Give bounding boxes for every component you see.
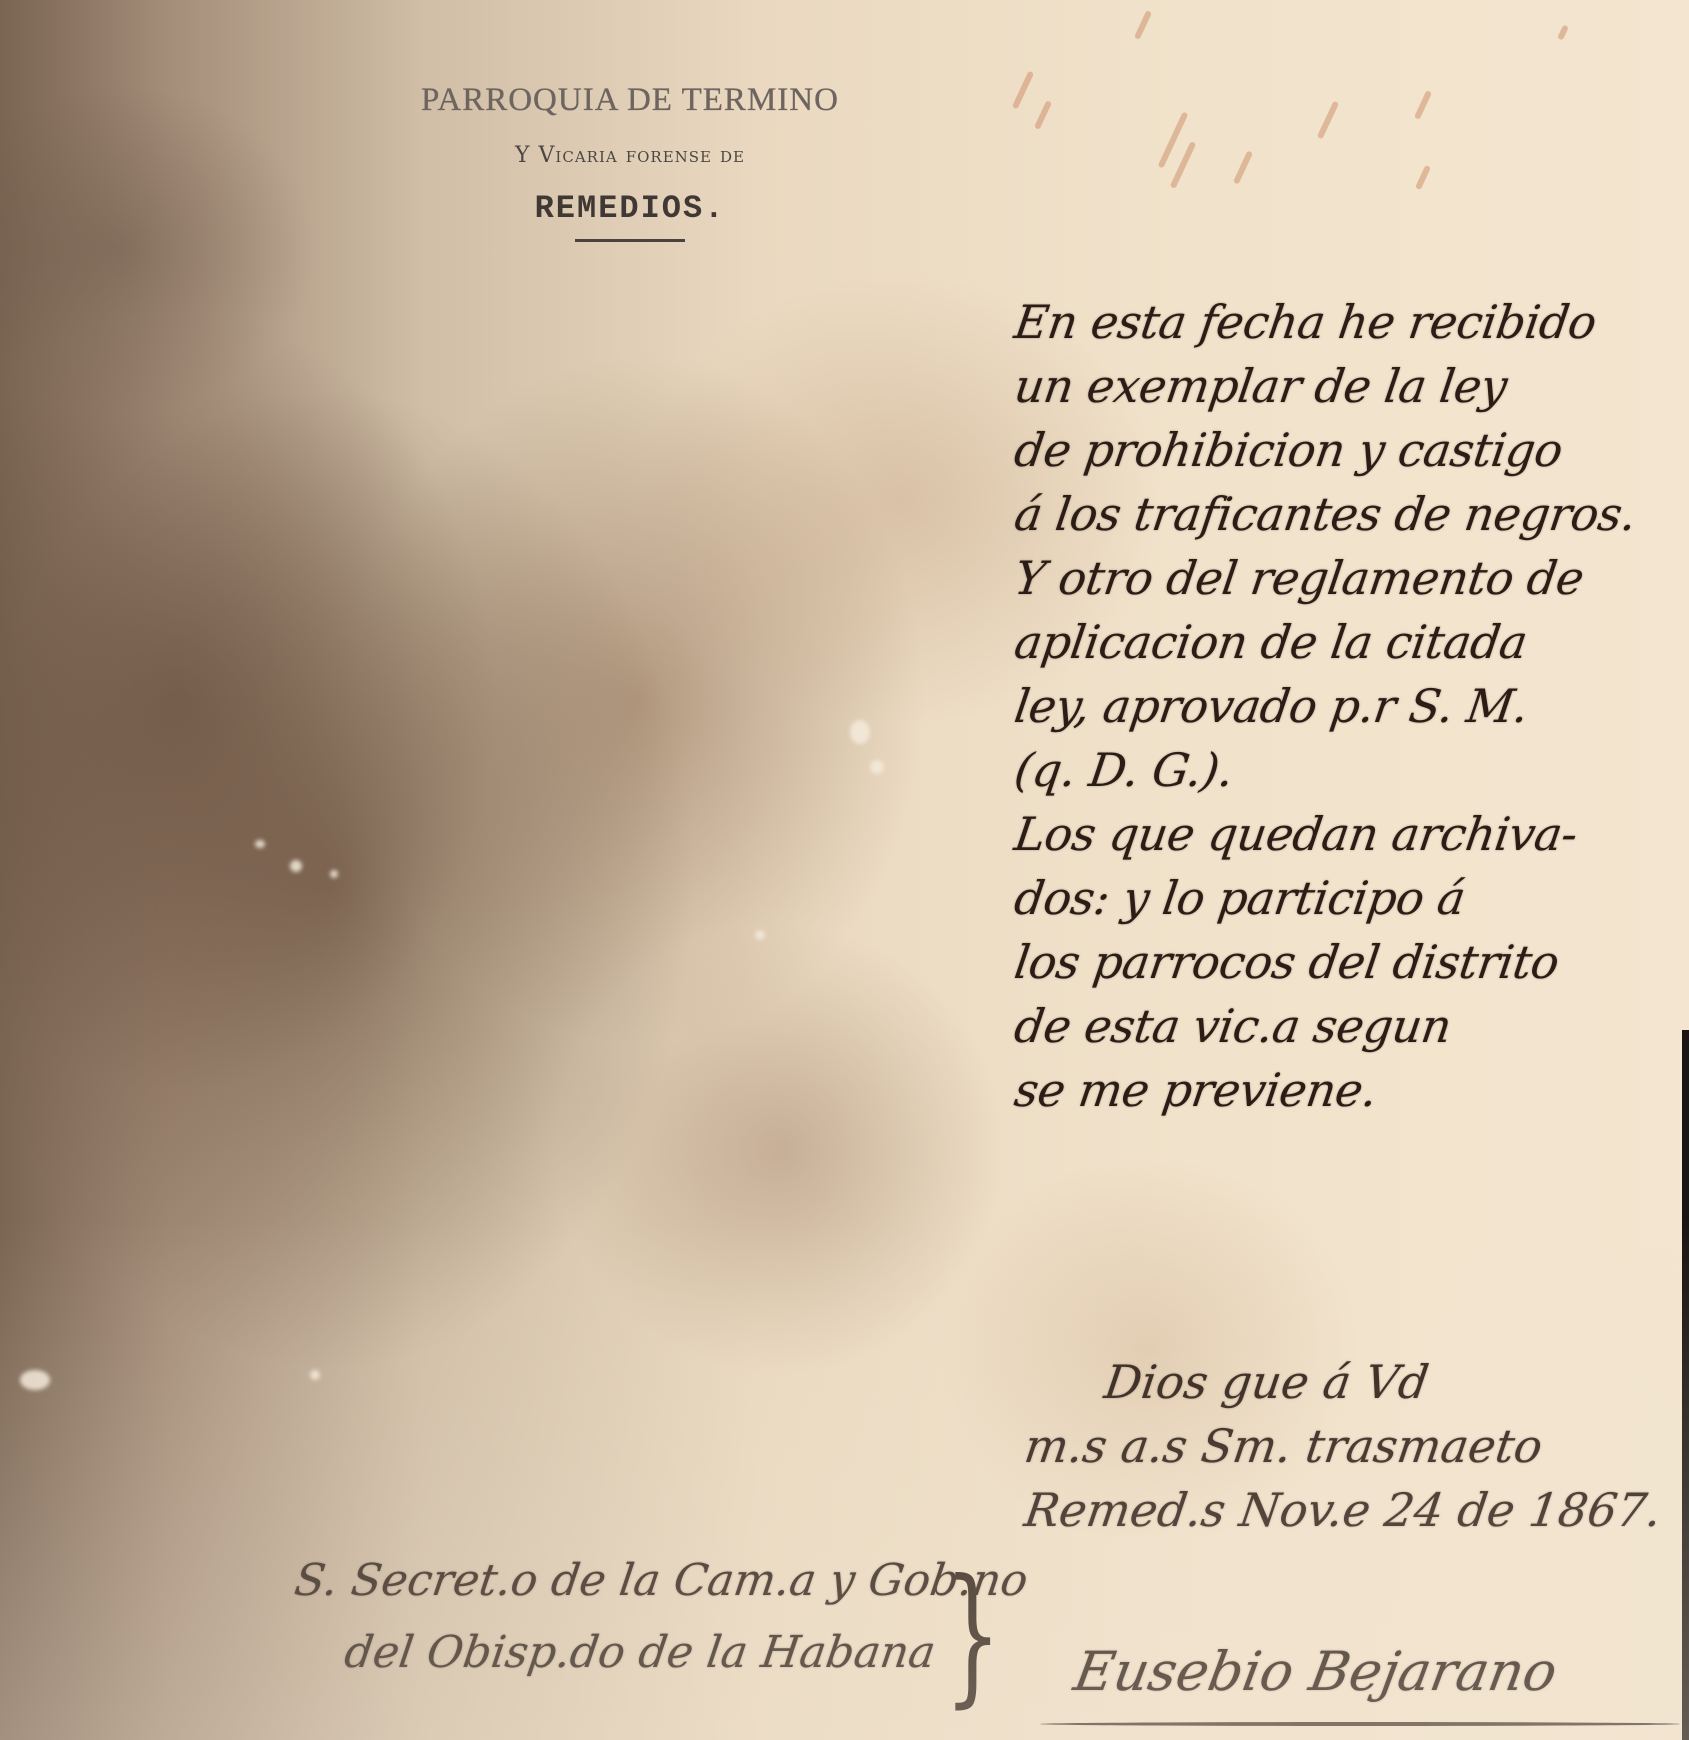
letter-body: En esta fecha he recibido un exemplar de… [1015, 290, 1680, 1122]
date-line: Remed.s Nov.e 24 de 1867. [1021, 1478, 1680, 1542]
body-line: de prohibicion y castigo [1011, 418, 1685, 482]
body-line: á los traficantes de negros. [1011, 482, 1685, 546]
body-line: Y otro del reglamento de [1011, 546, 1685, 610]
body-line: En esta fecha he recibido [1011, 290, 1685, 354]
addressee-line: S. Secret.o de la Cam.a y Gob.no [290, 1545, 1000, 1617]
brace-mark: } [944, 1560, 1001, 1710]
letterhead-parish: PARROQUIA DE TERMINO [380, 82, 880, 119]
body-line: aplicacion de la citada [1011, 610, 1685, 674]
body-line: Los que quedan archiva- [1011, 802, 1685, 866]
page-edge-shadow [1682, 1030, 1689, 1740]
signature-flourish [1040, 1722, 1680, 1726]
body-line: dos: y lo participo á [1011, 866, 1685, 930]
letterhead-rule [575, 239, 685, 242]
closing-line: Dios gue á Vd [1021, 1350, 1680, 1414]
body-line: los parrocos del distrito [1011, 930, 1685, 994]
manuscript-page: PARROQUIA DE TERMINO Y Vicaria forense d… [0, 0, 1689, 1740]
letterhead: PARROQUIA DE TERMINO Y Vicaria forense d… [380, 82, 880, 242]
letterhead-town: REMEDIOS. [380, 190, 880, 227]
closing-line: m.s a.s Sm. trasmaeto [1021, 1414, 1680, 1478]
addressee-line: del Obisp.do de la Habana [290, 1617, 1000, 1689]
bleed-through-marks [1000, 0, 1689, 260]
body-line: un exemplar de la ley [1011, 354, 1685, 418]
letter-closing: Dios gue á Vd m.s a.s Sm. trasmaeto Reme… [1025, 1350, 1675, 1542]
addressee-block: S. Secret.o de la Cam.a y Gob.no del Obi… [295, 1545, 995, 1689]
body-line: de esta vic.a segun [1011, 994, 1685, 1058]
body-line: se me previene. [1011, 1058, 1685, 1122]
signature: Eusebio Bejarano [1069, 1640, 1561, 1703]
body-line: (q. D. G.). [1011, 738, 1685, 802]
letterhead-vicariate: Y Vicaria forense de [380, 143, 880, 168]
body-line: ley, aprovado p.r S. M. [1011, 674, 1685, 738]
